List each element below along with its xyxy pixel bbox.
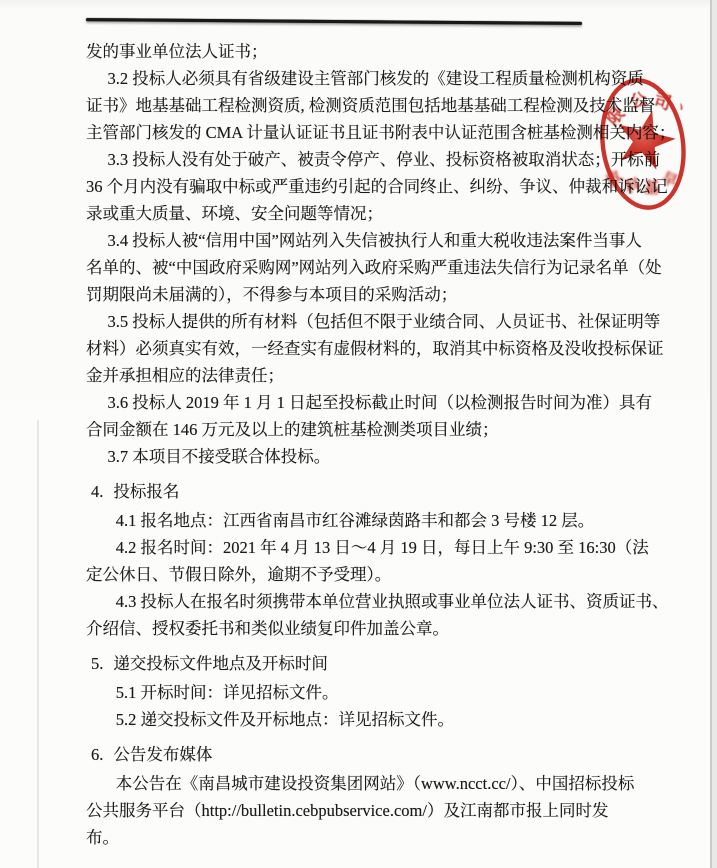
doc-line: 3.4 投标人被“信用中国”网站列入失信被执行人和重大税收违法案件当事人: [86, 227, 646, 254]
page-edge-shadow: [712, 0, 717, 868]
section-heading: 6.公告发布媒体: [91, 741, 646, 768]
section-heading: 5.递交投标文件地点及开标时间: [91, 650, 646, 677]
document-body: 发的事业单位法人证书；3.2 投标人必须具有省级建设主管部门核发的《建设工程质量…: [86, 38, 646, 851]
doc-line: 3.2 投标人必须具有省级建设主管部门核发的《建设工程质量检测机构资质: [86, 65, 646, 92]
seal-arc-character: 公: [628, 90, 649, 111]
doc-line: 材料）必须真实有效，一经查实有虚假材料的，取消其中标资格及没收投标保证: [86, 335, 646, 362]
company-seal: 限 公 司 丶 放 科 基 早: [592, 71, 694, 219]
doc-line: 公共服务平台（http://bulletin.cebpubservice.com…: [86, 797, 646, 824]
doc-line: 金并承担相应的法律责任；: [86, 362, 646, 389]
section-heading: 4.投标报名: [91, 478, 646, 505]
doc-line: 4.1 报名地点：江西省南昌市红谷滩绿茵路丰和都会 3 号楼 12 层。: [86, 507, 646, 534]
doc-line: 主管部门核发的 CMA 计量认证证书且证书附表中认证范围含桩基检测相关内容；: [86, 119, 646, 146]
doc-line: 3.6 投标人 2019 年 1 月 1 日起至投标截止时间（以检测报告时间为准…: [86, 389, 646, 416]
doc-line: 定公休日、节假日除外，逾期不予受理）。: [86, 561, 646, 588]
doc-line: 证书》地基基础工程检测资质, 检测资质范围包括地基基础工程检测及技术监督: [86, 92, 646, 119]
doc-line: 3.5 投标人提供的所有材料（包括但不限于业绩合同、人员证书、社保证明等: [86, 308, 646, 335]
scanned-document-page: 发的事业单位法人证书；3.2 投标人必须具有省级建设主管部门核发的《建设工程质量…: [0, 0, 717, 868]
section-number: 5.: [91, 650, 103, 677]
doc-line: 5.1 开标时间：详见招标文件。: [86, 679, 646, 706]
doc-line: 录或重大质量、环境、安全问题等情况；: [86, 200, 646, 227]
doc-line: 发的事业单位法人证书；: [86, 38, 646, 65]
doc-line: 介绍信、授权委托书和类似业绩复印件加盖公章。: [86, 615, 646, 642]
doc-line: 本公告在《南昌城市建设投资集团网站》（www.ncct.cc/）、中国招标投标: [86, 770, 646, 797]
doc-line: 名单的、被“中国政府采购网”网站列入政府采购严重违法失信行为记录名单（处: [86, 254, 646, 281]
doc-line: 4.3 投标人在报名时须携带本单位营业执照或事业单位法人证书、资质证书、: [86, 588, 646, 615]
section-title: 公告发布媒体: [113, 741, 212, 768]
doc-line: 3.3 投标人没有处于破产、被责令停产、停业、投标资格被取消状态；开标前: [86, 146, 646, 173]
paper-fold-line: [37, 420, 39, 868]
seal-bottom-character: 基: [644, 181, 660, 197]
section-title: 投标报名: [113, 478, 179, 505]
doc-line: 3.7 本项目不接受联合体投标。: [86, 443, 646, 470]
doc-line: 4.2 报名时间：2021 年 4 月 13 日～4 月 19 日，每日上午 9…: [86, 534, 646, 561]
doc-line: 5.2 递交投标文件及开标地点：详见招标文件。: [86, 706, 646, 733]
doc-line: 布。: [86, 824, 646, 851]
doc-line: 36 个月内没有骗取中标或严重违约引起的合同终止、纠纷、争议、仲裁和诉讼记: [86, 173, 646, 200]
section-number: 4.: [91, 478, 103, 505]
section-title: 递交投标文件地点及开标时间: [113, 650, 328, 677]
doc-line: 合同金额在 146 万元及以上的建筑桩基检测类项目业绩；: [86, 416, 646, 443]
doc-line: 罚期限尚未届满的），不得参与本项目的采购活动；: [86, 281, 646, 308]
section-number: 6.: [91, 741, 103, 768]
